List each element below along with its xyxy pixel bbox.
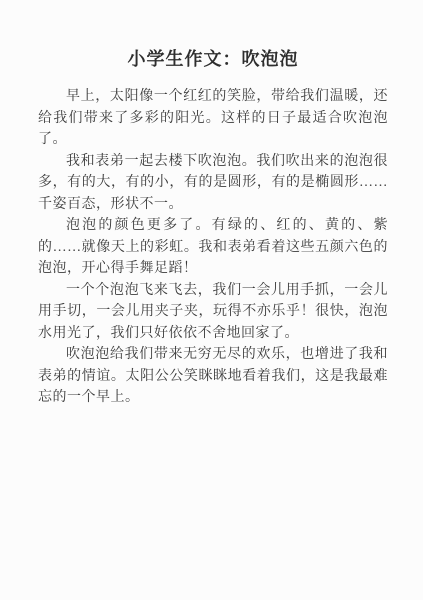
- paragraph: 早上，太阳像一个红红的笑脸，带给我们温暖，还给我们带来了多彩的阳光。这样的日子最…: [38, 86, 388, 151]
- paragraph: 泡泡的颜色更多了。有绿的、红的、黄的、紫的……就像天上的彩虹。我和表弟看着这些五…: [38, 215, 388, 280]
- document-page: 小学生作文：吹泡泡 早上，太阳像一个红红的笑脸，带给我们温暖，还给我们带来了多彩…: [0, 0, 423, 600]
- paragraph: 我和表弟一起去楼下吹泡泡。我们吹出来的泡泡很多，有的大，有的小，有的是圆形，有的…: [38, 151, 388, 216]
- paragraph: 吹泡泡给我们带来无穷无尽的欢乐，也增进了我和表弟的情谊。太阳公公笑眯眯地看着我们…: [38, 344, 388, 409]
- paragraph: 一个个泡泡飞来飞去，我们一会儿用手抓，一会儿用手切，一会儿用夹子夹，玩得不亦乐乎…: [38, 280, 388, 345]
- document-body: 早上，太阳像一个红红的笑脸，带给我们温暖，还给我们带来了多彩的阳光。这样的日子最…: [38, 86, 388, 409]
- document-title: 小学生作文：吹泡泡: [38, 46, 388, 72]
